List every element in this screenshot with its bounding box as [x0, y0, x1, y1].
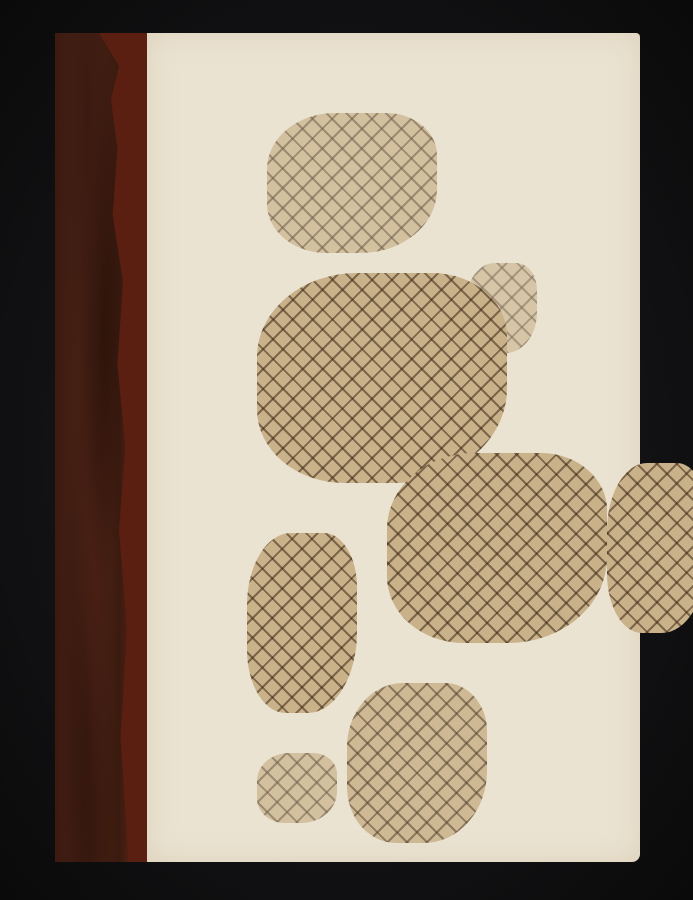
textile-fragment — [257, 273, 507, 483]
book-spine — [55, 33, 150, 862]
textile-fragment — [267, 113, 437, 253]
textile-fragment — [387, 453, 607, 643]
book-cover — [55, 33, 640, 862]
textile-fragment — [247, 533, 357, 713]
cover-board — [147, 33, 640, 862]
textile-fragment — [347, 683, 487, 843]
spine-leather-remnant — [55, 33, 135, 862]
textile-fragment — [607, 463, 693, 633]
textile-fragment — [257, 753, 337, 823]
